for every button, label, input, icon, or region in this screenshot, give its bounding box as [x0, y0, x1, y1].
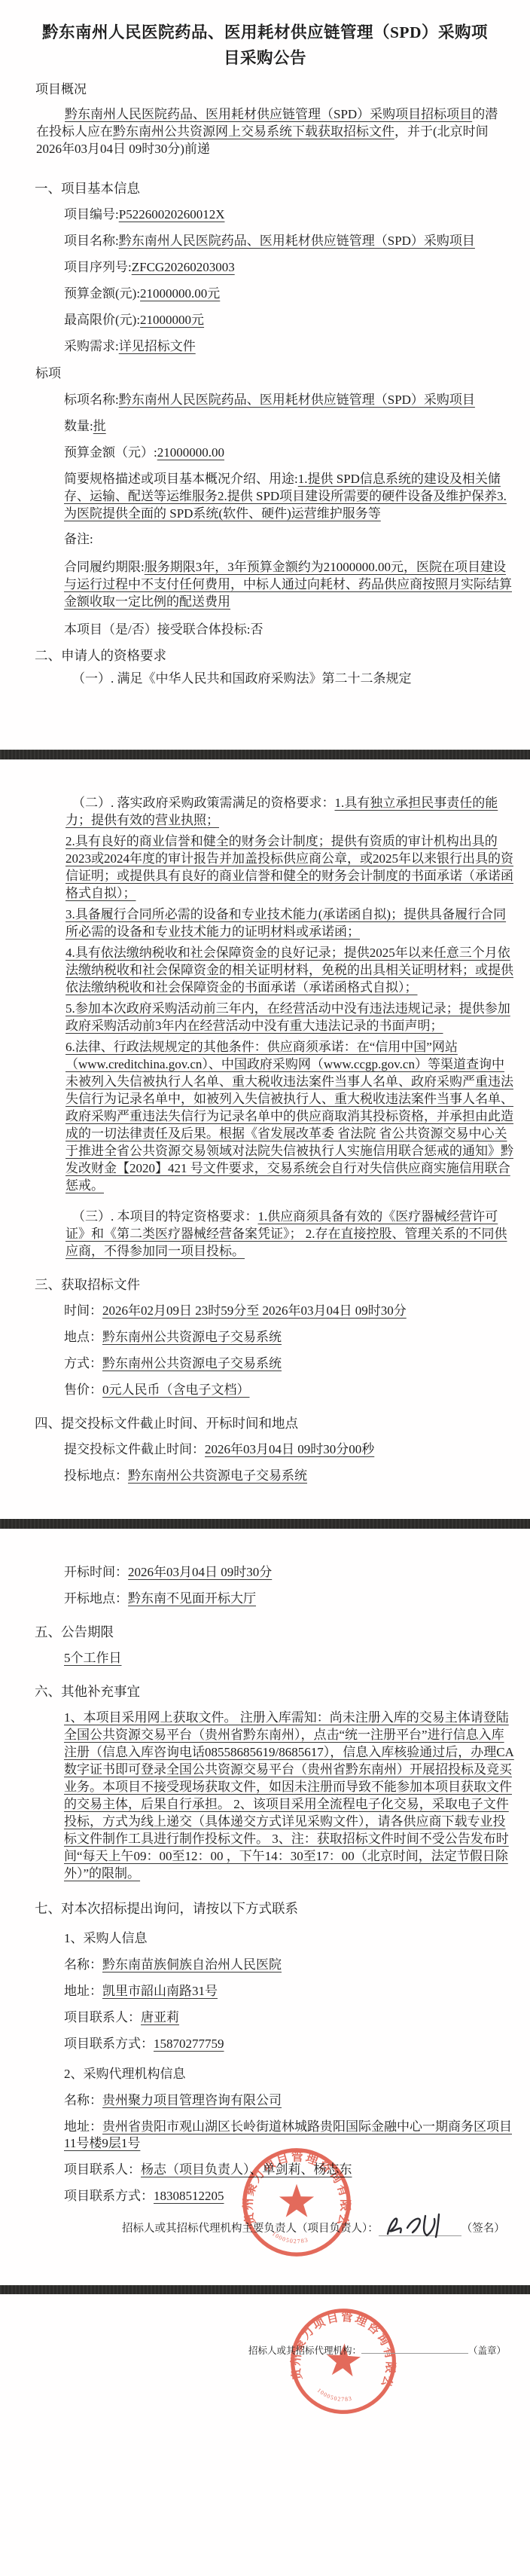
seal-line-blank [361, 2344, 468, 2354]
field-label: 项目编号: [64, 207, 119, 222]
field-value: 批 [93, 419, 106, 433]
field-label: 投标地点： [64, 1468, 128, 1483]
field-label: 项目序列号: [64, 260, 132, 274]
field-label: 项目联系方式： [64, 2037, 154, 2051]
purchaser-fields: 名称：黔东南苗族侗族自治州人民医院地址：凯里市韶山南路31号项目联系人：唐亚莉项… [64, 1957, 530, 2052]
field-label: 开标时间： [64, 1565, 128, 1579]
company-seal: 贵州聚力项目管理咨询有限公司 1000502783 [239, 2145, 354, 2260]
other-notes-paragraph: 1、本项目采用网上获取文件。 注册入库需知：尚未注册入库的交易主体请登陆全国公共… [64, 1709, 515, 1882]
field-row: 标项名称:黔东南州人民医院药品、医用耗材供应链管理（SPD）采购项目 [64, 392, 518, 408]
page-separator [0, 1519, 530, 1529]
page-separator [0, 750, 530, 759]
signature-suffix: （签名） [461, 2223, 505, 2235]
field-row: 方式：黔东南州公共资源电子交易系统 [64, 1355, 518, 1372]
field-value: 黔东南州人民医院药品、医用耗材供应链管理（SPD）采购项目 [119, 234, 475, 248]
qualification-item-text: 2.具有良好的商业信誉和健全的财务会计制度；提供有资质的审计机构出具的2023或… [65, 834, 513, 900]
other-notes-text: 1、本项目采用网上获取文件。 注册入库需知：尚未注册入库的交易主体请登陆全国公共… [64, 1710, 514, 1881]
specific-requirement-paragraph: （三）. 本项目的特定资格要求：1.供应商须具备有效的《医疗器械经营许可证》和《… [65, 1208, 516, 1260]
field-row: 售价：0元人民币（含电子文档） [64, 1382, 518, 1398]
acquire-fields: 时间：2026年02月09日 23时59分至 2026年03月04日 09时30… [64, 1303, 530, 1398]
field-row: 项目名称:黔东南州人民医院药品、医用耗材供应链管理（SPD）采购项目 [64, 233, 518, 249]
field-value: 21000000.00元 [140, 286, 220, 301]
field-label: 地址： [64, 2119, 102, 2134]
page-4: 贵州聚力项目管理咨询有限公司 1000502783 招标人或其招标代理机构：（盖… [0, 2294, 530, 2576]
joint-bid-value: 否 [250, 622, 263, 637]
field-row: 最高限价(元):21000000元 [64, 312, 518, 328]
page-separator [0, 2285, 530, 2294]
policy-requirement-label: （二）. 落实政府采购政策需满足的资格要求： [72, 796, 335, 810]
document-title: 黔东南州人民医院药品、医用耗材供应链管理（SPD）采购项目采购公告 [39, 20, 491, 71]
section-basic-info-heading: 一、项目基本信息 [35, 180, 530, 197]
company-seal: 贵州聚力项目管理咨询有限公司 1000502783 [284, 2302, 403, 2421]
field-value: 2026年03月04日 09时30分 [128, 1565, 272, 1579]
field-label: 时间： [64, 1303, 102, 1318]
text-segment: 黔东南州人民医院药品、医用耗材供应链管理（SPD）采购项目招标项目 [65, 107, 472, 121]
field-value: 15870277759 [154, 2037, 224, 2051]
policy-requirement-head: （二）. 落实政府采购政策需满足的资格要求：1.具有独立承担民事责任的能力；提供… [65, 794, 516, 829]
field-row: 采购需求:详见招标文件 [64, 338, 518, 355]
overview-paragraph: 黔东南州人民医院药品、医用耗材供应链管理（SPD）采购项目招标项目的潜在投标人应… [36, 105, 510, 157]
section-acquire-heading: 三、获取招标文件 [35, 1276, 530, 1293]
field-row: 数量:批 [64, 418, 518, 435]
joint-bid-label: 本项目（是/否）接受联合体投标: [64, 622, 250, 637]
seal-star-icon [279, 2184, 314, 2217]
basic-info-fields: 项目编号:P52260020260012X项目名称:黔东南州人民医院药品、医用耗… [64, 206, 530, 355]
field-value: 2026年03月04日 09时30分00秒 [205, 1442, 374, 1456]
section-other-heading: 六、其他补充事宜 [35, 1683, 530, 1700]
section-submit-heading: 四、提交投标文件截止时间、开标时间和地点 [35, 1415, 530, 1432]
field-label: 项目联系人： [64, 2010, 141, 2024]
qualification-item-text: 6.法律、行政法规规定的其他条件：供应商须承诺：在“信用中国”网站（www.cr… [65, 1040, 513, 1193]
page-1: 黔东南州人民医院药品、医用耗材供应链管理（SPD）采购项目采购公告 项目概况 黔… [0, 0, 530, 750]
qualification-item-text: 4.具有依法缴纳税收和社会保障资金的良好记录；提供2025年以来任意三个月依法缴… [65, 946, 513, 995]
field-value: 21000000.00 [157, 445, 224, 460]
field-row: 名称：贵州聚力项目管理咨询有限公司 [64, 2092, 518, 2109]
qualification-item-text: 5.参加本次政府采购活动前三年内，在经营活动中没有违法违规记录；提供参加政府采购… [65, 1001, 510, 1033]
field-value: 黔东南苗族侗族自治州人民医院 [102, 1957, 282, 1972]
field-value: 黔东南州公共资源电子交易系统 [102, 1356, 282, 1371]
field-label: 预算金额(元): [64, 286, 140, 301]
field-label: 采购需求: [64, 339, 119, 353]
field-value: 黔东南州人民医院药品、医用耗材供应链管理（SPD）采购项目 [119, 393, 475, 407]
qualification-item-text: 3.具备履行合同所必需的设备和专业技术能力(承诺函自拟)；提供具备履行合同所必需… [65, 907, 506, 939]
field-value: 21000000元 [140, 313, 204, 327]
field-row: 项目联系人：唐亚莉 [64, 2009, 518, 2026]
field-value: 黔东南不见面开标大厅 [128, 1591, 256, 1606]
seal-digits-text: 1000502783 [315, 2387, 354, 2403]
field-row: 开标时间：2026年03月04日 09时30分 [64, 1564, 518, 1581]
field-label: 标项名称: [64, 393, 119, 407]
qualification-item: 6.法律、行政法规规定的其他条件：供应商须承诺：在“信用中国”网站（www.cr… [65, 1038, 516, 1194]
field-value: 2026年02月09日 23时59分至 2026年03月04日 09时30分 [102, 1303, 407, 1318]
text-segment: 黔东南州公共资源网上交易系统下载获取招标文件 [113, 124, 394, 139]
field-label: 地址： [64, 1984, 102, 1998]
field-row: 地点：黔东南州公共资源电子交易系统 [64, 1329, 518, 1346]
field-label: 项目联系人： [64, 2162, 141, 2177]
field-row: 时间：2026年02月09日 23时59分至 2026年03月04日 09时30… [64, 1303, 518, 1319]
field-row: 项目编号:P52260020260012X [64, 206, 518, 223]
joint-bid-line: 本项目（是/否）接受联合体投标:否 [64, 621, 515, 638]
field-value: 唐亚莉 [141, 2010, 179, 2024]
field-value: 18308512205 [154, 2189, 224, 2203]
policy-requirement-list: 2.具有良好的商业信誉和健全的财务会计制度；提供有资质的审计机构出具的2023或… [0, 833, 530, 1194]
period-value: 5个工作日 [64, 1651, 122, 1665]
qualification-item: 4.具有依法缴纳税收和社会保障资金的良好记录；提供2025年以来任意三个月依法缴… [65, 944, 516, 996]
field-value: 凯里市韶山南路31号 [102, 1984, 218, 1998]
lot-spec-label: 简要规格描述或项目基本概况介绍、用途: [64, 472, 298, 486]
contract-term-paragraph: 合同履约期限:服务期限3年，3年预算金额约为21000000.00元，医院在项目… [64, 558, 515, 610]
field-label: 项目名称: [64, 234, 119, 248]
field-value: P52260020260012X [119, 207, 225, 222]
page-2: （二）. 落实政府采购政策需满足的资格要求：1.具有独立承担民事责任的能力；提供… [0, 759, 530, 1519]
signature-label: 招标人或其招标代理机构主要负责人（项目负责人）： [122, 2223, 379, 2235]
qualification-item: 3.具备履行合同所必需的设备和专业技术能力(承诺函自拟)；提供具备履行合同所必需… [65, 906, 516, 940]
field-label: 名称： [64, 2093, 102, 2107]
section-contact-heading: 七、对本次招标提出询问，请按以下方式联系 [35, 1900, 530, 1917]
field-row: 项目序列号:ZFCG20260203003 [64, 259, 518, 276]
remark-label: 备注: [64, 531, 530, 548]
field-row: 提交投标文件截止时间：2026年03月04日 09时30分00秒 [64, 1441, 518, 1458]
field-row: 开标地点：黔东南不见面开标大厅 [64, 1591, 518, 1607]
field-value: 详见招标文件 [119, 339, 196, 353]
contract-term-label: 合同履约期限: [64, 560, 145, 574]
lot-spec-paragraph: 简要规格描述或项目基本概况介绍、用途:1.提供 SPD信息系统的建设及相关储存、… [64, 470, 515, 522]
field-row: 项目联系方式：15870277759 [64, 2036, 518, 2052]
field-label: 提交投标文件截止时间： [64, 1442, 205, 1456]
field-label: 地点： [64, 1330, 102, 1344]
field-value: 0元人民币（含电子文档） [102, 1383, 250, 1397]
field-value: ZFCG20260203003 [132, 260, 235, 274]
section-qualification-heading: 二、申请人的资格要求 [35, 647, 530, 664]
seal-line-label: 招标人或其招标代理机构： [248, 2345, 361, 2356]
field-row: 地址：凯里市韶山南路31号 [64, 1983, 518, 2000]
seal-line-suffix: （盖章） [468, 2345, 506, 2356]
field-label: 方式： [64, 1356, 102, 1371]
lot-label: 标项 [35, 365, 530, 382]
field-label: 最高限价(元): [64, 313, 140, 327]
field-value: 黔东南州公共资源电子交易系统 [128, 1468, 307, 1483]
field-label: 数量: [64, 419, 93, 433]
period-value-line: 5个工作日 [64, 1649, 515, 1667]
overview-label: 项目概况 [35, 81, 530, 98]
field-value: 黔东南州公共资源电子交易系统 [102, 1330, 282, 1344]
qualification-item: 2.具有良好的商业信誉和健全的财务会计制度；提供有资质的审计机构出具的2023或… [65, 833, 516, 902]
page-3: 开标时间：2026年03月04日 09时30分开标地点：黔东南不见面开标大厅 五… [0, 1529, 530, 2285]
handwritten-signature [380, 2210, 445, 2241]
field-row: 名称：黔东南苗族侗族自治州人民医院 [64, 1957, 518, 1973]
signature-line: 招标人或其招标代理机构主要负责人（项目负责人）：（签名） [0, 2221, 530, 2236]
qualification-item: 5.参加本次政府采购活动前三年内，在经营活动中没有违法违规记录；提供参加政府采购… [65, 1000, 516, 1034]
purchaser-sub-heading: 1、采购人信息 [64, 1930, 530, 1947]
signature-blank [379, 2222, 461, 2236]
qualification-basic-requirement: （一）. 满足《中华人民共和国政府采购法》第二十二条规定 [65, 670, 516, 687]
field-row: 预算金额(元):21000000.00元 [64, 286, 518, 302]
field-label: 开标地点： [64, 1591, 128, 1606]
field-label: 预算金额（元）: [64, 445, 157, 460]
specific-requirement-label: （三）. 本项目的特定资格要求： [72, 1209, 258, 1224]
field-row: 投标地点：黔东南州公共资源电子交易系统 [64, 1468, 518, 1484]
agency-sub-heading: 2、采购代理机构信息 [64, 2066, 530, 2082]
section-period-heading: 五、公告期限 [35, 1624, 530, 1640]
field-row: 预算金额（元）:21000000.00 [64, 445, 518, 461]
field-label: 名称： [64, 1957, 102, 1972]
seal-signature-line: 招标人或其招标代理机构：（盖章） [248, 2344, 506, 2358]
submit-fields: 提交投标文件截止时间：2026年03月04日 09时30分00秒投标地点：黔东南… [64, 1441, 530, 1484]
field-label: 售价： [64, 1383, 102, 1397]
field-value: 贵州聚力项目管理咨询有限公司 [102, 2093, 282, 2107]
opening-fields: 开标时间：2026年03月04日 09时30分开标地点：黔东南不见面开标大厅 [64, 1564, 530, 1607]
lot-fields: 标项名称:黔东南州人民医院药品、医用耗材供应链管理（SPD）采购项目数量:批预算… [64, 392, 530, 461]
field-label: 项目联系方式： [64, 2189, 154, 2203]
